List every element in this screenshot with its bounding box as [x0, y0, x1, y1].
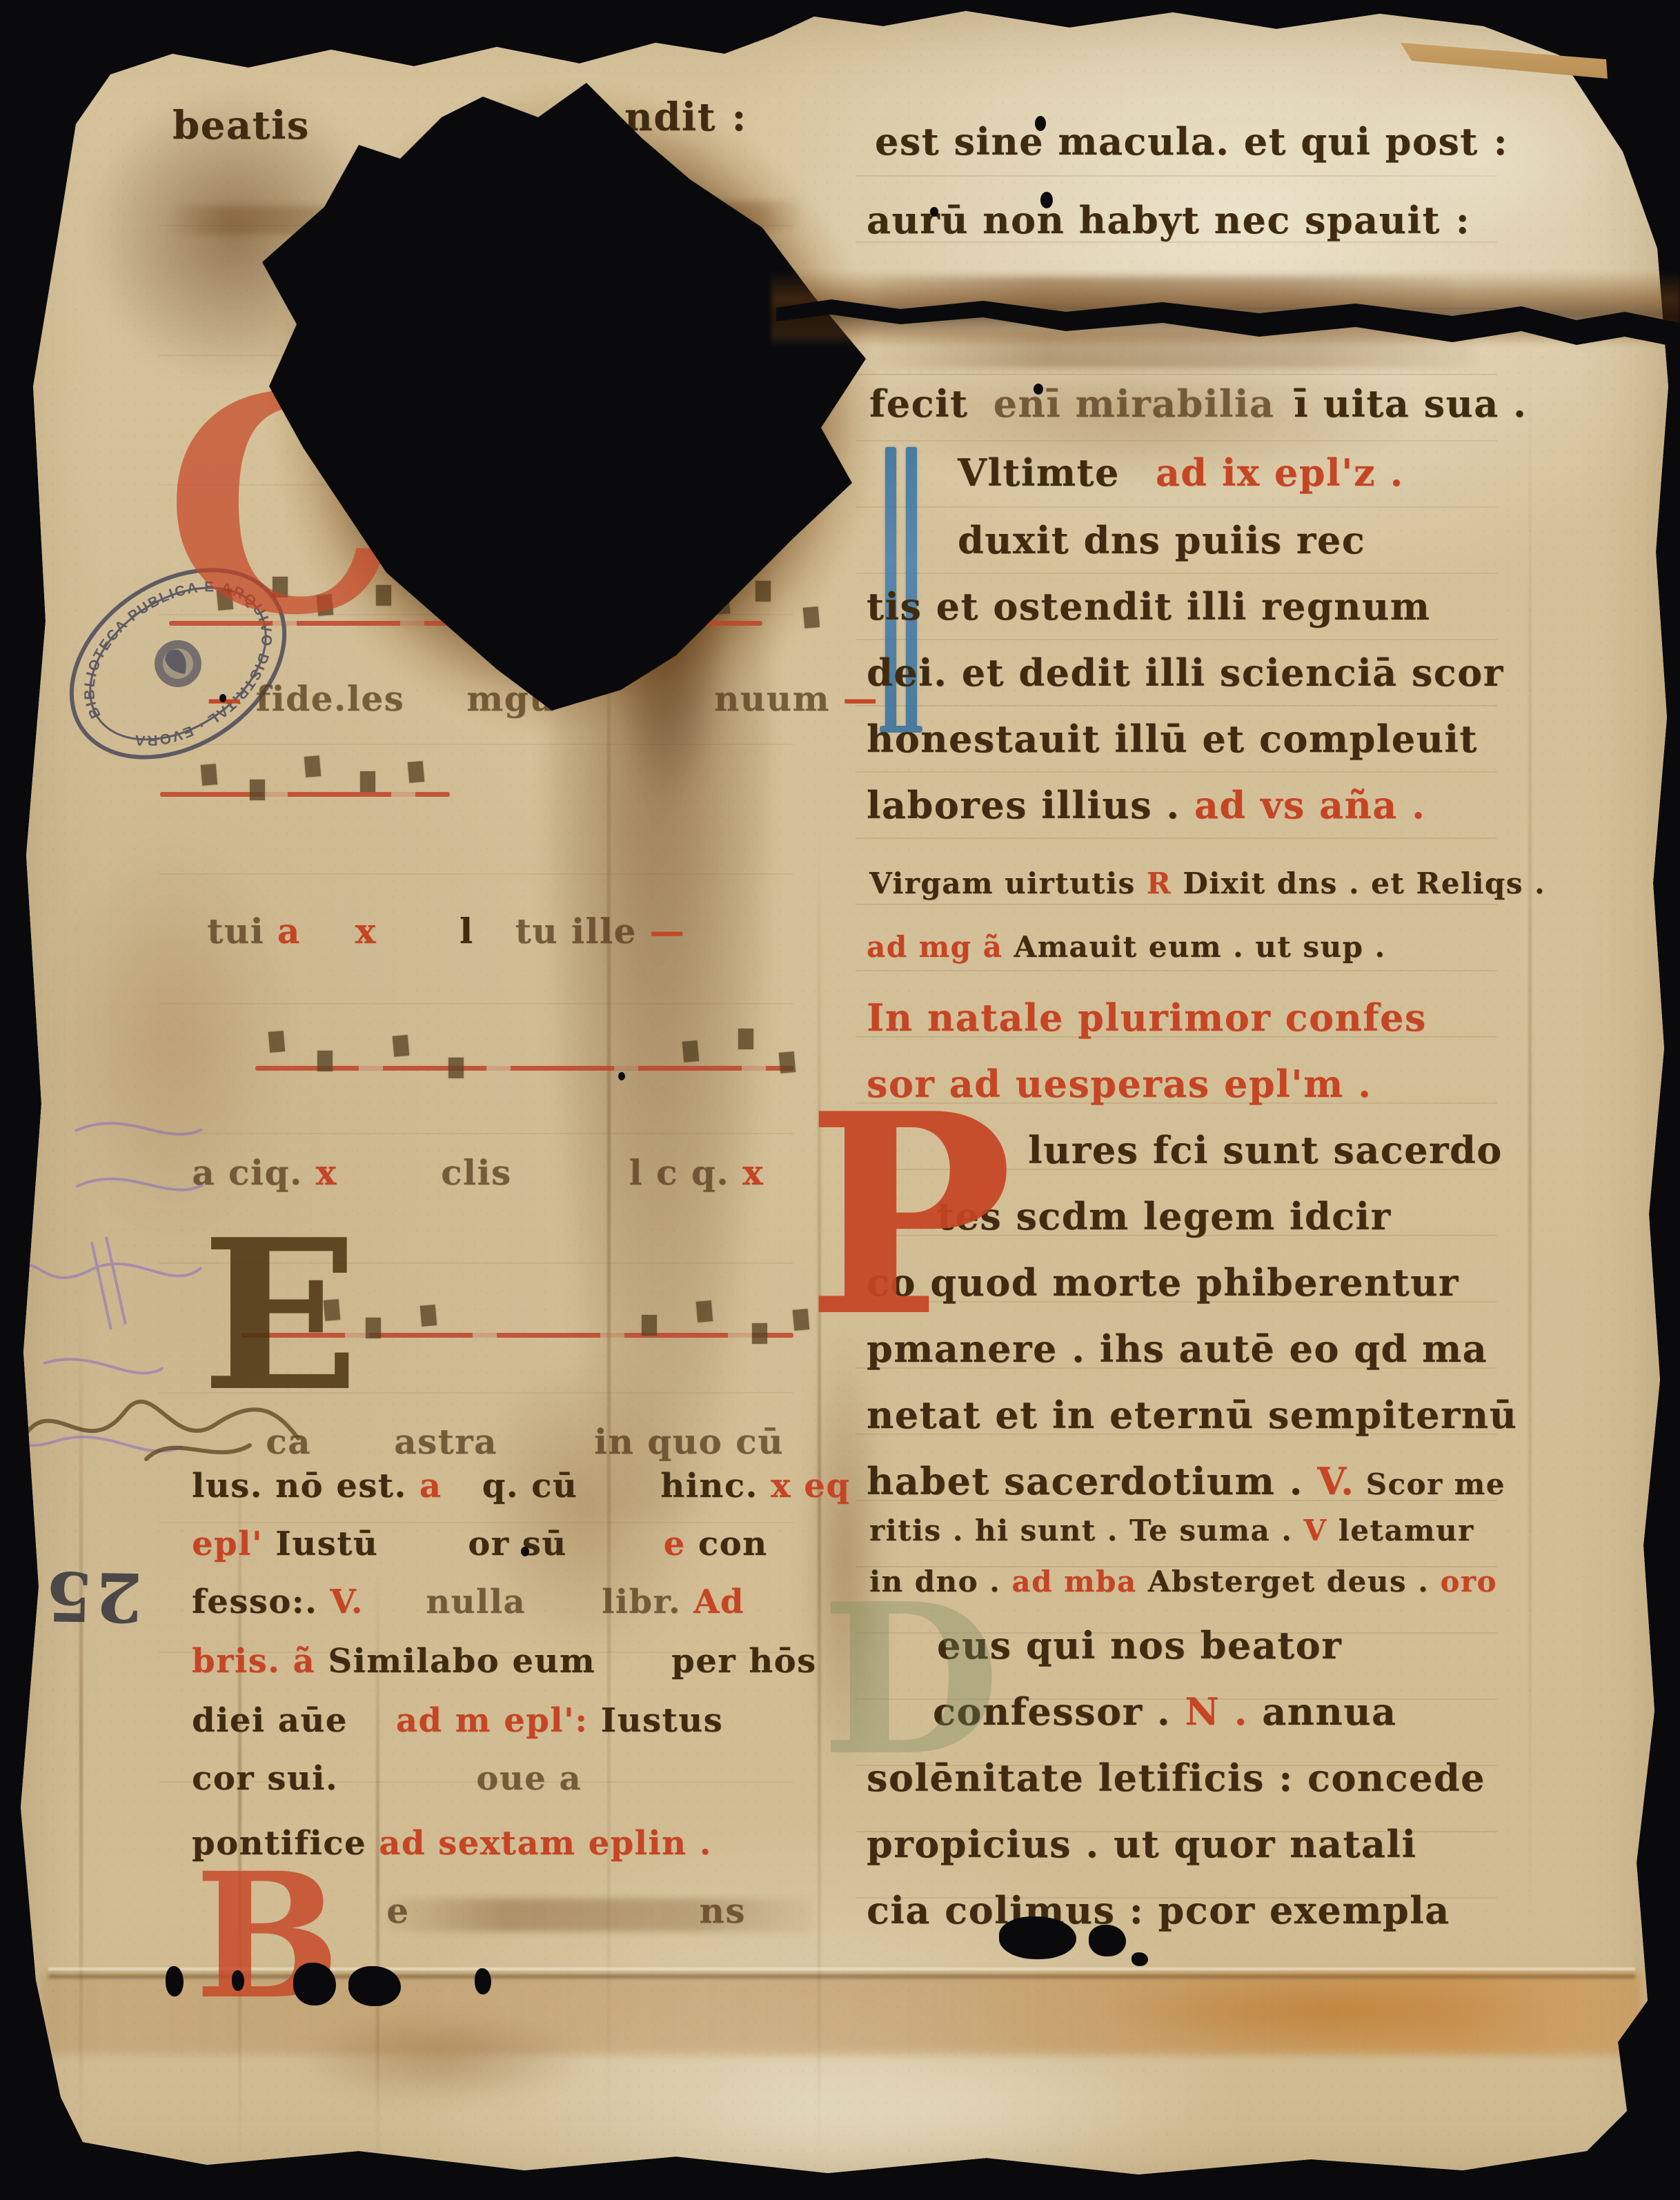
- tear-hole: [1131, 1952, 1148, 1966]
- text-segment: oro: [1429, 1565, 1497, 1598]
- worn-gap: [348, 1726, 396, 1732]
- text-segment: Ad: [681, 1583, 744, 1621]
- text-line: epl' Iustūor sūe con: [192, 1526, 768, 1563]
- worm-hole: [1035, 116, 1046, 131]
- text-line: ens: [386, 1892, 746, 1930]
- worn-gap: [555, 705, 714, 711]
- text-segment: lures fci sunt sacerdo: [1028, 1128, 1503, 1172]
- fold-crease: [1528, 345, 1532, 1932]
- neume-note: [268, 1031, 286, 1053]
- text-segment: Vltimte: [958, 450, 1120, 495]
- worn-gap: [577, 1492, 660, 1497]
- worn-gap: [1120, 480, 1156, 486]
- text-segment: e: [386, 1890, 409, 1931]
- text-segment: Similabo eum: [315, 1642, 595, 1681]
- text-line: cia colimus : pcor exempla: [867, 1890, 1450, 1931]
- text-segment: a ciq.: [192, 1152, 303, 1193]
- worn-gap: [526, 1607, 602, 1613]
- path: [146, 1445, 250, 1459]
- text-line: tui a xltu ille —: [207, 912, 685, 950]
- tear-hole: [348, 1966, 401, 2006]
- text-segment: aurū non habyt nec spauit: [867, 198, 1441, 242]
- text-segment: Amauit eum . ut sup .: [1002, 930, 1385, 964]
- worm-hole: [930, 207, 938, 217]
- text-line: labores illius . ad vs aña .: [867, 785, 1425, 826]
- text-line: cor sui.oue a: [192, 1761, 582, 1797]
- text-segment: N .: [1171, 1689, 1248, 1734]
- text-segment: ns: [699, 1890, 746, 1931]
- worn-gap: [364, 1607, 426, 1613]
- worn-gap: [473, 938, 515, 943]
- text-segment: diei aūe: [192, 1701, 348, 1740]
- text-segment: V.: [317, 1583, 364, 1621]
- text-segment: ad ix epl'z .: [1156, 450, 1404, 495]
- text-segment: Dixit dns . et Reliqs .: [1183, 866, 1545, 900]
- text-segment: or sū: [468, 1525, 566, 1563]
- neume-note: [752, 1323, 767, 1344]
- worm-hole: [618, 1072, 625, 1080]
- text-line: beatis: [172, 105, 310, 148]
- worn-gap: [404, 705, 466, 711]
- worn-gap: [497, 1448, 594, 1454]
- text-segment: epl': [192, 1525, 263, 1563]
- text-segment: V: [1292, 1514, 1338, 1547]
- text-segment: Scor me: [1354, 1467, 1505, 1501]
- initial-E: E: [201, 1222, 359, 1409]
- text-segment: :: [1479, 119, 1510, 163]
- text-segment: ad m epl':: [396, 1701, 589, 1740]
- text-segment: ad mba: [1000, 1565, 1147, 1598]
- neume-note: [420, 1305, 437, 1327]
- neume-note: [250, 780, 265, 800]
- text-segment: nuum: [714, 678, 830, 719]
- tear-hole: [293, 1963, 336, 2005]
- text-segment: letamur: [1338, 1514, 1474, 1547]
- neume-note: [642, 1315, 657, 1336]
- text-line: fecitenī mirabiliaī uita sua .: [869, 384, 1527, 424]
- text-segment: nulla: [426, 1583, 526, 1621]
- neume-note: [201, 764, 218, 786]
- text-segment: e: [664, 1525, 686, 1563]
- text-segment: —: [207, 678, 255, 719]
- neume-note: [304, 755, 322, 777]
- faded-text-line: [876, 331, 1476, 368]
- neume-note: [448, 1058, 464, 1078]
- music-staff-line: [160, 792, 450, 797]
- text-segment: ad sextam eplin .: [366, 1824, 712, 1863]
- text-line: dei. et dedit illi scienciā scor: [867, 653, 1504, 693]
- text-segment: lus. nō est.: [192, 1467, 407, 1505]
- text-segment: per hōs: [671, 1642, 817, 1681]
- text-line: lus. nō est. a q. cūhinc. x eq: [192, 1468, 850, 1505]
- text-segment: In natale plurimor confes: [867, 995, 1427, 1040]
- stain: [1063, 1966, 1587, 2056]
- text-segment: beatis: [172, 103, 310, 148]
- music-staff-line: [255, 1066, 793, 1071]
- text-line: habet sacerdotium . V. Scor me: [867, 1461, 1505, 1502]
- text-segment: R: [1136, 866, 1183, 900]
- text-segment: propicius . ut quor natali: [867, 1822, 1416, 1866]
- neume-note: [696, 1300, 713, 1322]
- worn-gap: [314, 938, 355, 943]
- tear-hole: [232, 1970, 244, 1991]
- neume-note: [803, 606, 820, 628]
- text-line: ad mg ã Amauit eum . ut sup .: [867, 931, 1386, 963]
- text-segment: ī uita sua .: [1294, 381, 1527, 426]
- text-segment: x eq: [758, 1467, 851, 1505]
- text-line: In natale plurimor confes: [867, 998, 1427, 1038]
- path: [77, 1172, 202, 1199]
- text-segment: cia colimus : pcor exempla: [867, 1888, 1450, 1932]
- worn-gap: [338, 1784, 476, 1790]
- text-line: est sine macula. et qui post :: [875, 121, 1510, 162]
- text-segment: astra: [394, 1421, 497, 1462]
- text-segment: ndit: [624, 95, 716, 140]
- text-segment: Virgam uirtutis: [869, 866, 1136, 900]
- path: [76, 1117, 201, 1144]
- text-line: duxit dns puiis rec: [958, 520, 1365, 561]
- tear-hole: [475, 1968, 491, 1994]
- text-segment: fecit: [869, 381, 968, 426]
- text-segment: duxit dns puiis rec: [958, 518, 1365, 562]
- worm-hole: [219, 694, 226, 702]
- tear-hole: [166, 1966, 184, 1996]
- text-segment: l c q.: [629, 1152, 729, 1193]
- text-line: a ciq. xclisl c q. x: [192, 1153, 764, 1191]
- text-segment: bris. ã: [192, 1642, 315, 1681]
- folio-number: 25: [42, 1556, 143, 1637]
- text-segment: tu ille: [515, 911, 636, 951]
- neume-note: [738, 1029, 753, 1049]
- text-segment: est sine macula. et qui post: [875, 119, 1479, 163]
- text-segment: x: [355, 911, 377, 951]
- text-segment: oue a: [476, 1759, 582, 1798]
- worm-hole: [1034, 384, 1043, 395]
- text-segment: ritis . hi sunt . Te suma .: [869, 1514, 1292, 1547]
- text-segment: a: [264, 911, 314, 951]
- neume-note: [393, 1035, 410, 1057]
- text-line: ritis . hi sunt . Te suma . V letamur: [869, 1515, 1474, 1547]
- text-line: confessor . N . annua: [933, 1692, 1396, 1732]
- text-line: Vltimtead ix epl'z .: [958, 453, 1404, 493]
- worm-hole: [521, 1547, 529, 1556]
- text-segment: q. cū: [482, 1467, 578, 1505]
- path: [83, 1243, 119, 1329]
- worn-gap: [378, 1549, 468, 1555]
- text-line: tis et ostendit illi regnum: [867, 586, 1430, 627]
- text-segment: fide.les: [255, 678, 404, 719]
- path: [98, 1238, 134, 1323]
- text-line: honestauit illū et compleuit: [867, 719, 1478, 760]
- text-segment: dei. et dedit illi scienciā scor: [867, 651, 1504, 695]
- text-line: netat et in eternū sempiternū: [867, 1395, 1517, 1436]
- neume-note: [317, 1051, 333, 1071]
- text-segment: ad vs aña .: [1180, 783, 1426, 827]
- text-segment: Iustū: [263, 1525, 378, 1563]
- initial-D: D: [821, 1587, 1000, 1773]
- tear-hole: [1089, 1925, 1126, 1956]
- text-segment: annua: [1248, 1689, 1397, 1734]
- worn-gap: [409, 1917, 699, 1923]
- text-line: lures fci sunt sacerdo: [1028, 1130, 1503, 1171]
- worn-gap: [311, 1448, 394, 1454]
- worn-gap: [595, 1667, 671, 1672]
- worn-gap: [455, 1492, 482, 1497]
- neume-note: [755, 581, 771, 602]
- text-segment: x: [729, 1152, 764, 1193]
- text-segment: :: [1441, 198, 1472, 242]
- text-line: ndit :: [624, 97, 748, 139]
- text-segment: fesso:.: [192, 1583, 317, 1621]
- text-segment: —: [637, 911, 685, 951]
- text-segment: V.: [1303, 1459, 1355, 1503]
- stain: [607, 2035, 1256, 2180]
- text-segment: :: [716, 95, 748, 140]
- initial-P: P: [806, 1091, 1014, 1340]
- text-segment: cor sui.: [192, 1759, 338, 1798]
- worn-gap: [337, 1179, 441, 1185]
- worn-gap: [968, 411, 993, 417]
- tear-hole: [999, 1916, 1076, 1959]
- text-segment: clis: [441, 1152, 512, 1193]
- text-segment: hinc.: [660, 1467, 758, 1505]
- worn-gap: [567, 1549, 664, 1555]
- text-segment: ad mg ã: [867, 930, 1002, 964]
- text-segment: l: [459, 911, 474, 951]
- text-segment: tis et ostendit illi regnum: [867, 584, 1430, 628]
- neume-note: [408, 761, 425, 783]
- worm-hole: [1040, 192, 1053, 208]
- text-segment: Iustus: [588, 1701, 723, 1740]
- text-segment: labores illius .: [867, 783, 1180, 827]
- text-line: propicius . ut quor natali: [867, 1824, 1416, 1865]
- neume-note: [366, 1318, 381, 1338]
- text-segment: x: [303, 1152, 337, 1193]
- text-segment: con: [686, 1525, 768, 1563]
- neume-note: [682, 1040, 700, 1062]
- text-line: aurū non habyt nec spauit :: [867, 200, 1472, 241]
- neume-note: [779, 1051, 796, 1073]
- photo-backdrop: BIBLIOTECA PUBLICA E ARQUIVO DISTRITAL ·…: [0, 0, 1680, 2200]
- text-line: diei aūead m epl': Iustus: [192, 1703, 723, 1739]
- text-segment: a: [407, 1467, 455, 1505]
- text-segment: netat et in eternū sempiternū: [867, 1393, 1517, 1437]
- text-line: fesso:. V.nullalibr. Ad: [192, 1584, 744, 1621]
- neume-note: [360, 771, 375, 792]
- text-line: bris. ã Similabo eumper hōs: [192, 1643, 817, 1680]
- text-segment: in quo cū: [594, 1421, 784, 1462]
- worn-gap: [377, 938, 459, 943]
- worn-gap: [511, 1179, 629, 1185]
- text-segment: tui: [207, 911, 264, 951]
- text-segment: habet sacerdotium .: [867, 1459, 1303, 1503]
- text-segment: honestauit illū et compleuit: [867, 717, 1478, 761]
- text-segment: libr.: [602, 1583, 681, 1621]
- text-segment: Absterget deus .: [1148, 1565, 1429, 1598]
- text-line: Virgam uirtutis R Dixit dns . et Reliqs …: [869, 868, 1545, 900]
- worn-gap: [1274, 411, 1294, 417]
